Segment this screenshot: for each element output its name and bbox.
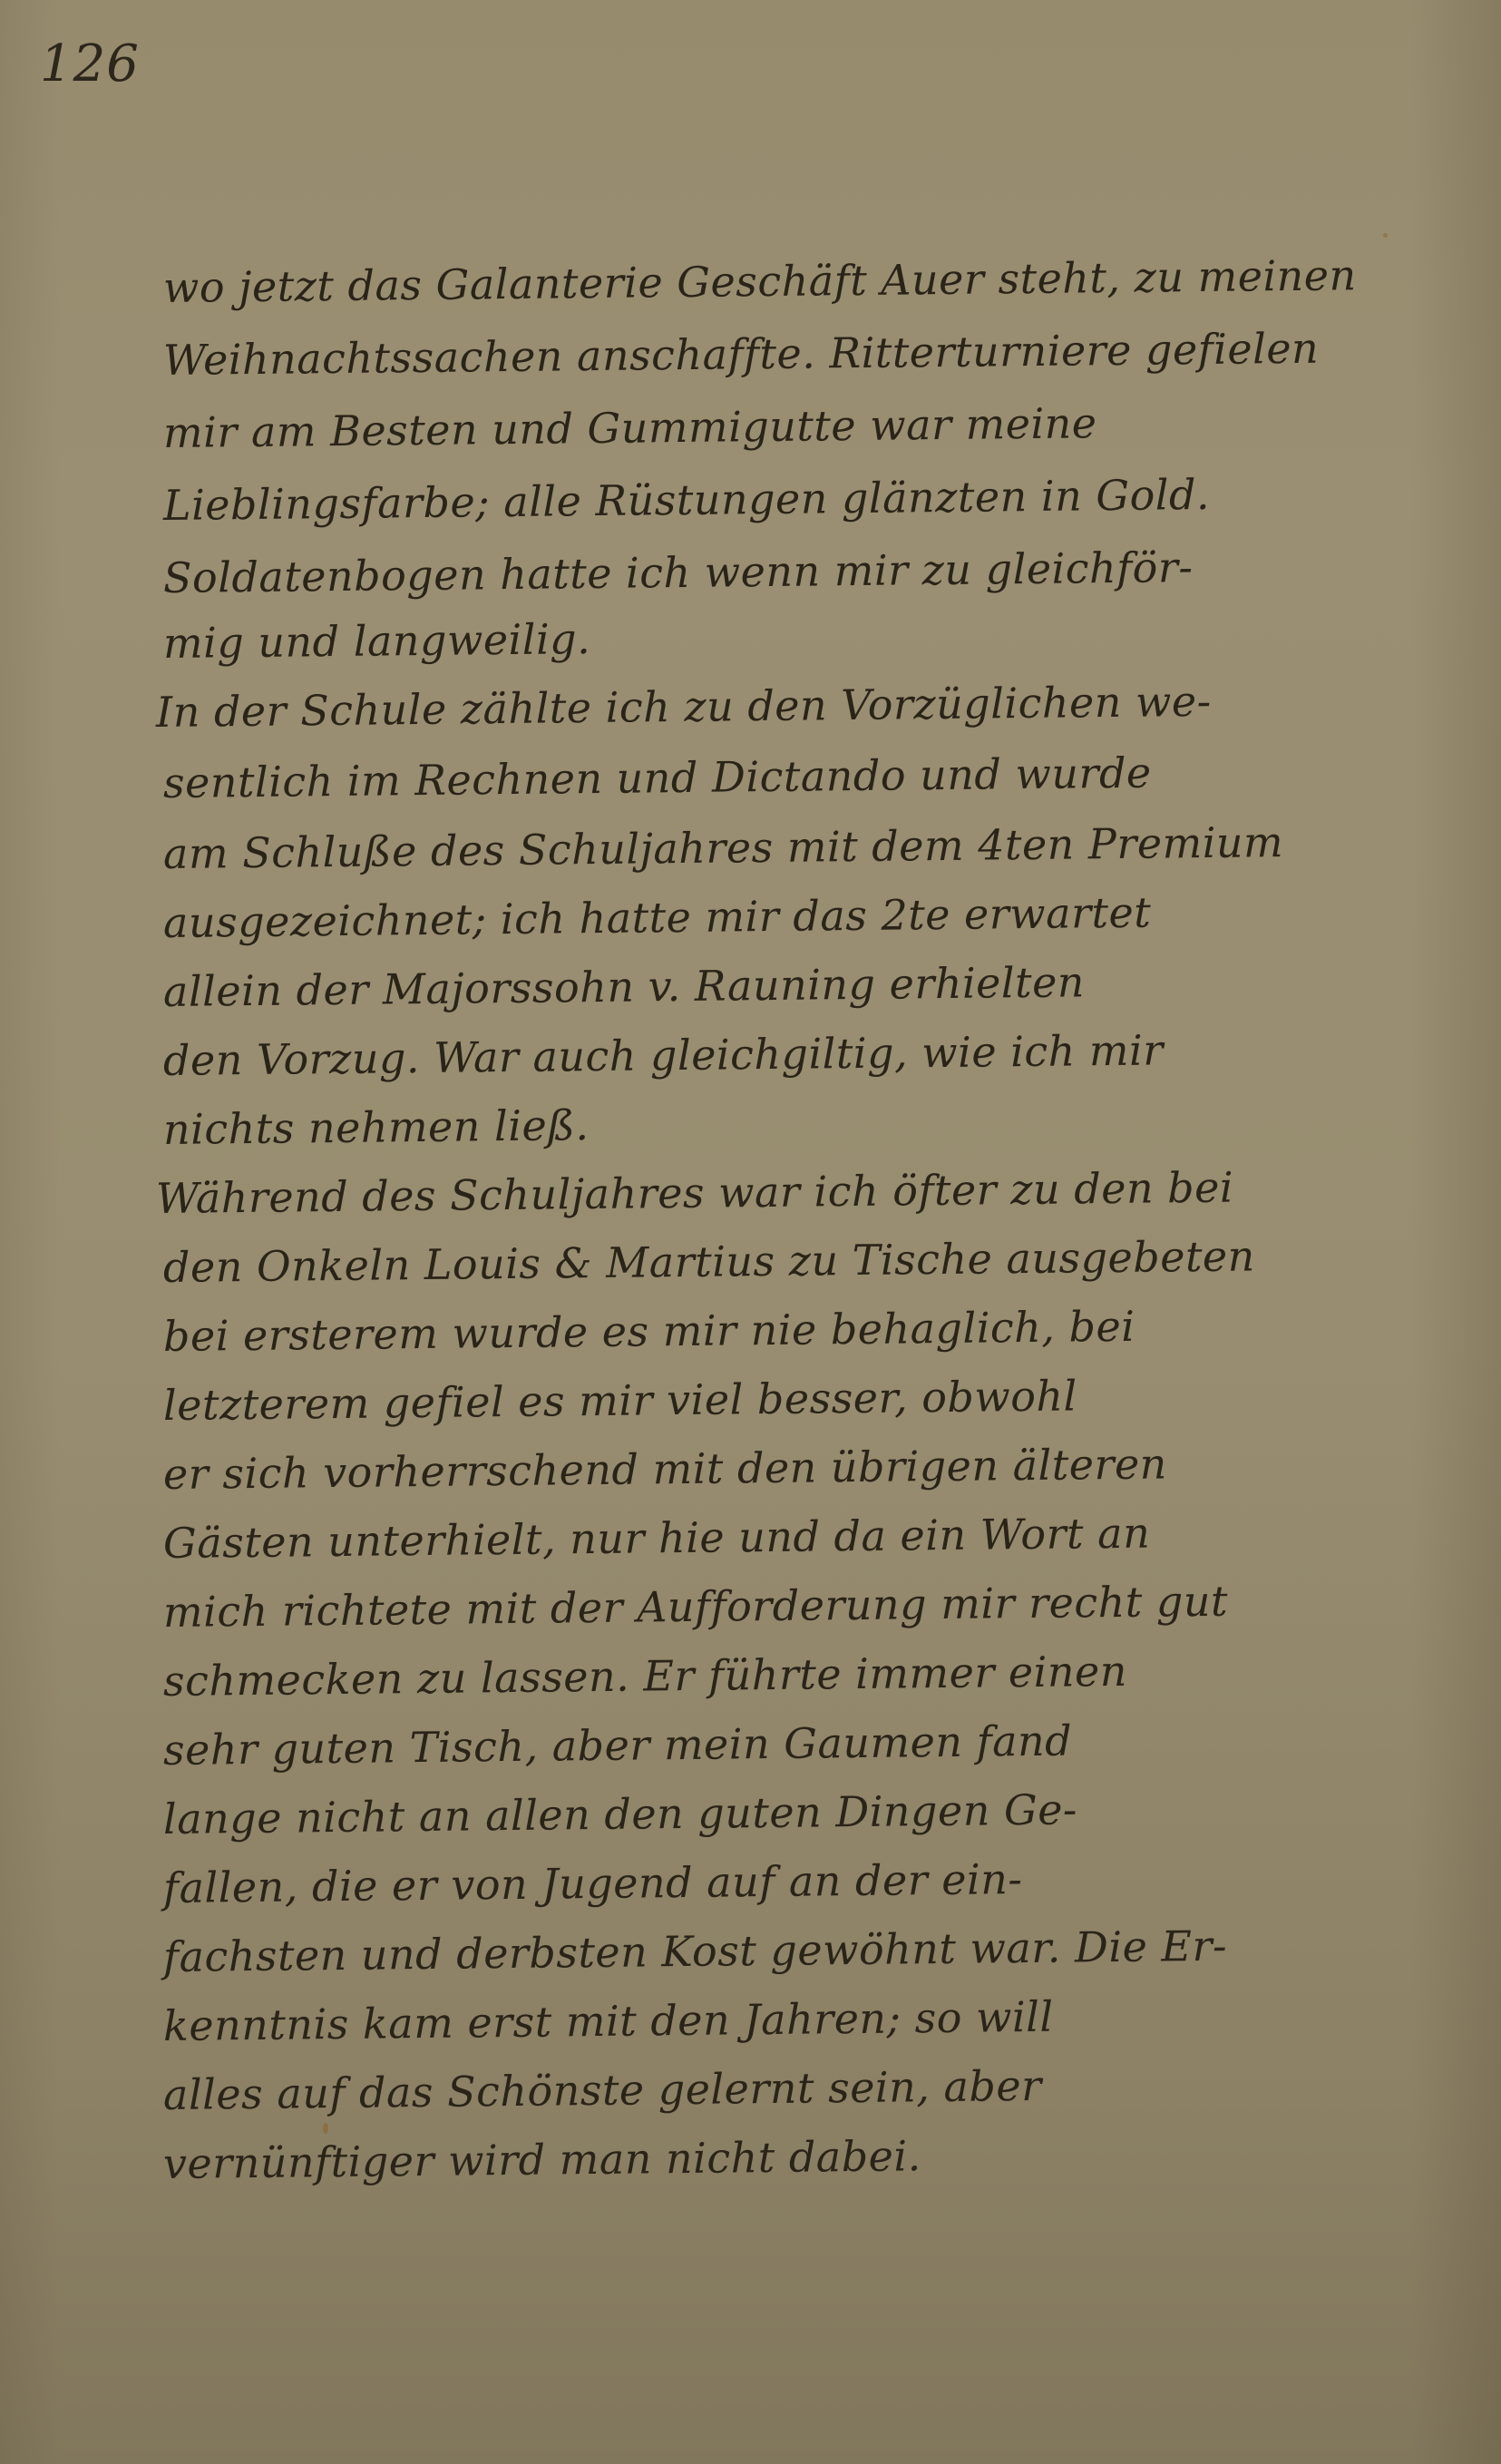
text-line: am Schluße des Schuljahres mit dem 4ten …: [163, 817, 1284, 878]
text-line: nichts nehmen ließ.: [163, 1100, 590, 1154]
manuscript-page: 126 wo jetzt das Galanterie Geschäft Aue…: [0, 0, 1501, 2464]
text-line: Weihnachtssachen anschaffte. Ritterturni…: [163, 324, 1320, 385]
text-line: bei ersterem wurde es mir nie behaglich,…: [163, 1302, 1135, 1361]
text-line: alles auf das Schönste gelernt sein, abe…: [163, 2061, 1042, 2119]
ink-stain: [323, 2123, 328, 2134]
text-line: den Vorzug. War auch gleichgiltig, wie i…: [163, 1025, 1164, 1085]
text-line: sentlich im Rechnen und Dictando und wur…: [163, 748, 1152, 807]
text-line: mich richtete mit der Aufforderung mir r…: [163, 1577, 1228, 1637]
text-line: den Onkeln Louis & Martius zu Tische aus…: [163, 1231, 1255, 1292]
text-line: mir am Besten und Gummigutte war meine: [163, 398, 1097, 457]
text-line: sehr guten Tisch, aber mein Gaumen fand: [163, 1716, 1073, 1775]
text-line: lange nicht an allen den guten Dingen Ge…: [163, 1784, 1077, 1843]
text-line: er sich vorherrschend mit den übrigen äl…: [163, 1439, 1167, 1499]
text-line: allein der Majorssohn v. Rauning erhielt…: [163, 957, 1085, 1016]
text-line: letzterem gefiel es mir viel besser, obw…: [163, 1371, 1077, 1430]
text-line: kenntnis kam erst mit den Jahren; so wil…: [163, 1992, 1054, 2050]
page-number: 126: [40, 34, 140, 93]
text-line: fallen, die er von Jugend auf an der ein…: [163, 1854, 1023, 1912]
paragraph-start-line: Während des Schuljahres war ich öfter zu…: [156, 1163, 1234, 1223]
text-line: schmecken zu lassen. Er führte immer ein…: [163, 1647, 1127, 1706]
text-line: vernünftiger wird man nicht dabei.: [163, 2131, 921, 2188]
paragraph-start-line: In der Schule zählte ich zu den Vorzügli…: [156, 677, 1212, 737]
text-line: Soldatenbogen hatte ich wenn mir zu glei…: [163, 543, 1194, 602]
text-line: mig und langweilig.: [163, 614, 591, 668]
ink-speck: [1383, 233, 1388, 238]
text-line: wo jetzt das Galanterie Geschäft Auer st…: [163, 250, 1357, 312]
text-line: fachsten und derbsten Kost gewöhnt war. …: [163, 1921, 1228, 1981]
text-line: Gästen unterhielt, nur hie und da ein Wo…: [163, 1509, 1151, 1568]
text-line: ausgezeichnet; ich hatte mir das 2te erw…: [163, 888, 1152, 947]
text-line: Lieblingsfarbe; alle Rüstungen glänzten …: [163, 470, 1211, 530]
